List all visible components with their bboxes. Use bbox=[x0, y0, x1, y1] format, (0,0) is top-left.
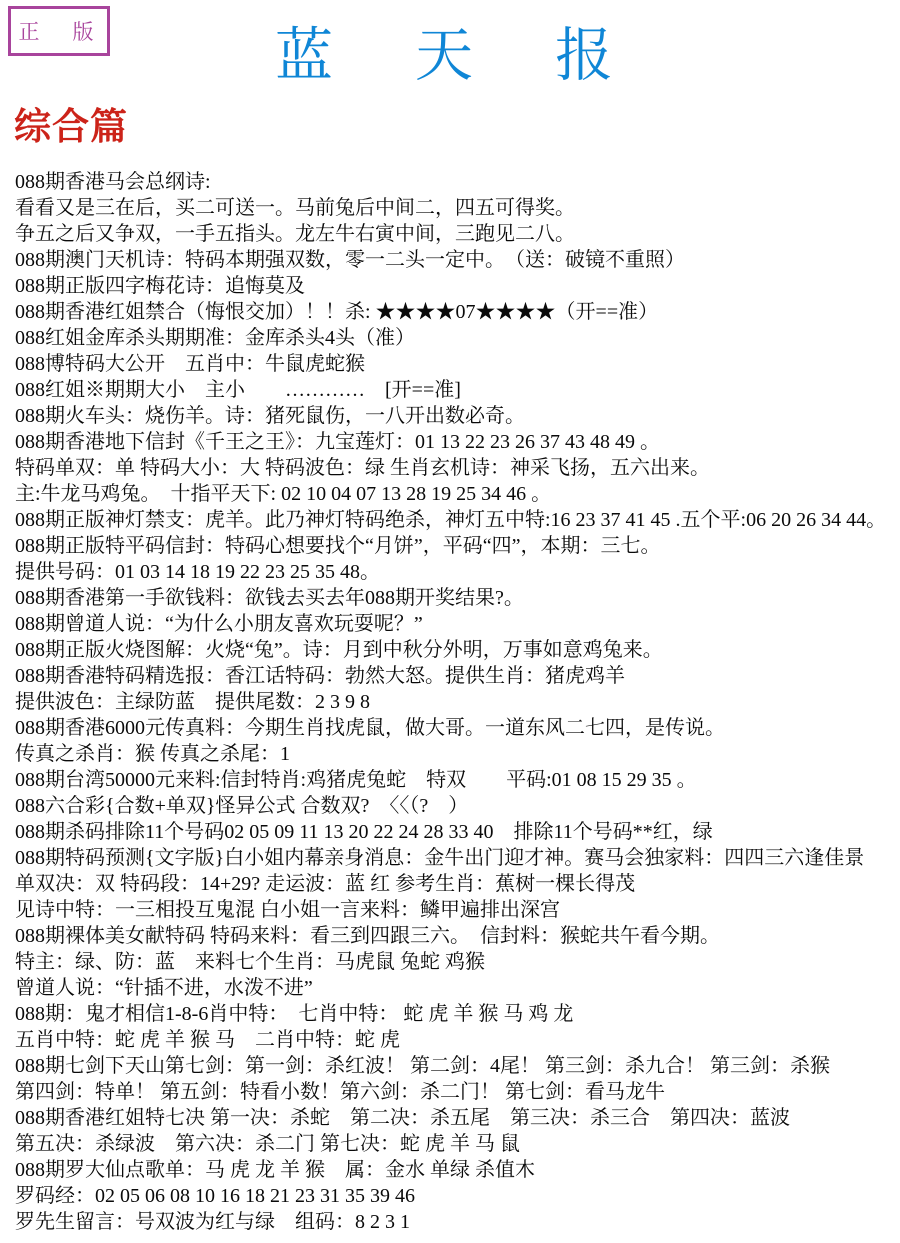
text-line: 特码单双：单 特码大小：大 特码波色：绿 生肖玄机诗：神采飞扬，五六出来。 bbox=[15, 455, 899, 481]
text-line: 088期正版火烧图解：火烧“兔”。诗：月到中秋分外明，万事如意鸡兔来。 bbox=[15, 637, 899, 663]
text-line: 主:牛龙马鸡兔。 十指平天下: 02 10 04 07 13 28 19 25 … bbox=[15, 481, 899, 507]
text-line: 088期香港马会总纲诗: bbox=[15, 169, 899, 195]
text-line: 第五决：杀绿波 第六决：杀二门 第七决：蛇 虎 羊 马 鼠 bbox=[15, 1131, 899, 1157]
text-line: 提供号码：01 03 14 18 19 22 23 25 35 48。 bbox=[15, 559, 899, 585]
text-line: 088期澳门天机诗：特码本期强双数，零一二头一定中。 （送：破镜不重照） bbox=[15, 247, 899, 273]
text-line: 088期罗大仙点歌单：马 虎 龙 羊 猴 属：金水 单绿 杀值木 bbox=[15, 1157, 899, 1183]
text-line: 罗先生留言：号双波为红与绿 组码：8 2 3 1 bbox=[15, 1209, 899, 1235]
text-line: 单双决：双 特码段：14+29? 走运波：蓝 红 参考生肖：蕉树一棵长得茂 bbox=[15, 871, 899, 897]
page-title: 蓝 天 报 bbox=[0, 8, 900, 92]
text-line: 088期香港第一手欲钱料：欲钱去买去年088期开奖结果?。 bbox=[15, 585, 899, 611]
text-line: 088期正版四字梅花诗：追悔莫及 bbox=[15, 273, 899, 299]
text-line: 088期香港红姐特七决 第一决：杀蛇 第二决：杀五尾 第三决：杀三合 第四决：蓝… bbox=[15, 1105, 899, 1131]
text-line: 088期香港6000元传真料：今期生肖找虎鼠，做大哥。一道东风二七四，是传说。 bbox=[15, 715, 899, 741]
text-line: 特主：绿、防：蓝 来料七个生肖：马虎鼠 兔蛇 鸡猴 bbox=[15, 949, 899, 975]
report-body: 088期香港马会总纲诗:看看又是三在后，买二可送一。马前兔后中间二，四五可得奖。… bbox=[15, 169, 899, 1235]
text-line: 传真之杀肖：猴 传真之杀尾：1 bbox=[15, 741, 899, 767]
text-line: 088红姐金库杀头期期准：金库杀头4头（准） bbox=[15, 325, 899, 351]
text-line: 争五之后又争双，一手五指头。龙左牛右寅中间，三跑见二八。 bbox=[15, 221, 899, 247]
text-line: 088期杀码排除11个号码02 05 09 11 13 20 22 24 28 … bbox=[15, 819, 899, 845]
text-line: 曾道人说：“针插不进，水泼不进” bbox=[15, 975, 899, 1001]
text-line: 088期曾道人说：“为什么小朋友喜欢玩耍呢？” bbox=[15, 611, 899, 637]
text-line: 见诗中特：一三相投互鬼混 白小姐一言来料：鳞甲遍排出深宫 bbox=[15, 897, 899, 923]
text-line: 088期火车头：烧伤羊。诗：猪死鼠伤，一八开出数必奇。 bbox=[15, 403, 899, 429]
text-line: 088六合彩{合数+单双}怪异公式 合数双? 〈〈（? ） bbox=[15, 793, 899, 819]
text-line: 提供波色：主绿防蓝 提供尾数：2 3 9 8 bbox=[15, 689, 899, 715]
text-line: 088期正版神灯禁支：虎羊。此乃神灯特码绝杀，神灯五中特:16 23 37 41… bbox=[15, 507, 899, 533]
text-line: 罗码经：02 05 06 08 10 16 18 21 23 31 35 39 … bbox=[15, 1183, 899, 1209]
text-line: 088红姐※期期大小 主小 ………… [开==准] bbox=[15, 377, 899, 403]
text-line: 088期香港红姐禁合（悔恨交加）！！杀: ★★★★07★★★★（开==准） bbox=[15, 299, 899, 325]
section-heading: 综合篇 bbox=[14, 96, 128, 150]
text-line: 088期台湾50000元来料:信封特肖:鸡猪虎兔蛇 特双 平码:01 08 15… bbox=[15, 767, 899, 793]
text-line: 088期正版特平码信封：特码心想要找个“月饼”，平码“四”，本期：三七。 bbox=[15, 533, 899, 559]
text-line: 五肖中特：蛇 虎 羊 猴 马 二肖中特：蛇 虎 bbox=[15, 1027, 899, 1053]
text-line: 第四剑：特单！ 第五剑：特看小数！第六剑：杀二门！ 第七剑：看马龙牛 bbox=[15, 1079, 899, 1105]
text-line: 看看又是三在后，买二可送一。马前兔后中间二，四五可得奖。 bbox=[15, 195, 899, 221]
text-line: 088博特码大公开 五肖中：牛鼠虎蛇猴 bbox=[15, 351, 899, 377]
text-line: 088期特码预测{文字版}白小姐内幕亲身消息：金牛出门迎才神。赛马会独家料：四四… bbox=[15, 845, 899, 871]
text-line: 088期香港地下信封《千王之王》：九宝莲灯：01 13 22 23 26 37 … bbox=[15, 429, 899, 455]
text-line: 088期裸体美女献特码 特码来料：看三到四跟三六。 信封料：猴蛇共午看今期。 bbox=[15, 923, 899, 949]
text-line: 088期香港特码精选报：香江话特码：勃然大怒。提供生肖：猪虎鸡羊 bbox=[15, 663, 899, 689]
text-line: 088期七剑下天山第七剑：第一剑：杀红波！ 第二剑：4尾！ 第三剑：杀九合！ 第… bbox=[15, 1053, 899, 1079]
text-line: 088期：鬼才相信1-8-6肖中特： 七肖中特： 蛇 虎 羊 猴 马 鸡 龙 bbox=[15, 1001, 899, 1027]
